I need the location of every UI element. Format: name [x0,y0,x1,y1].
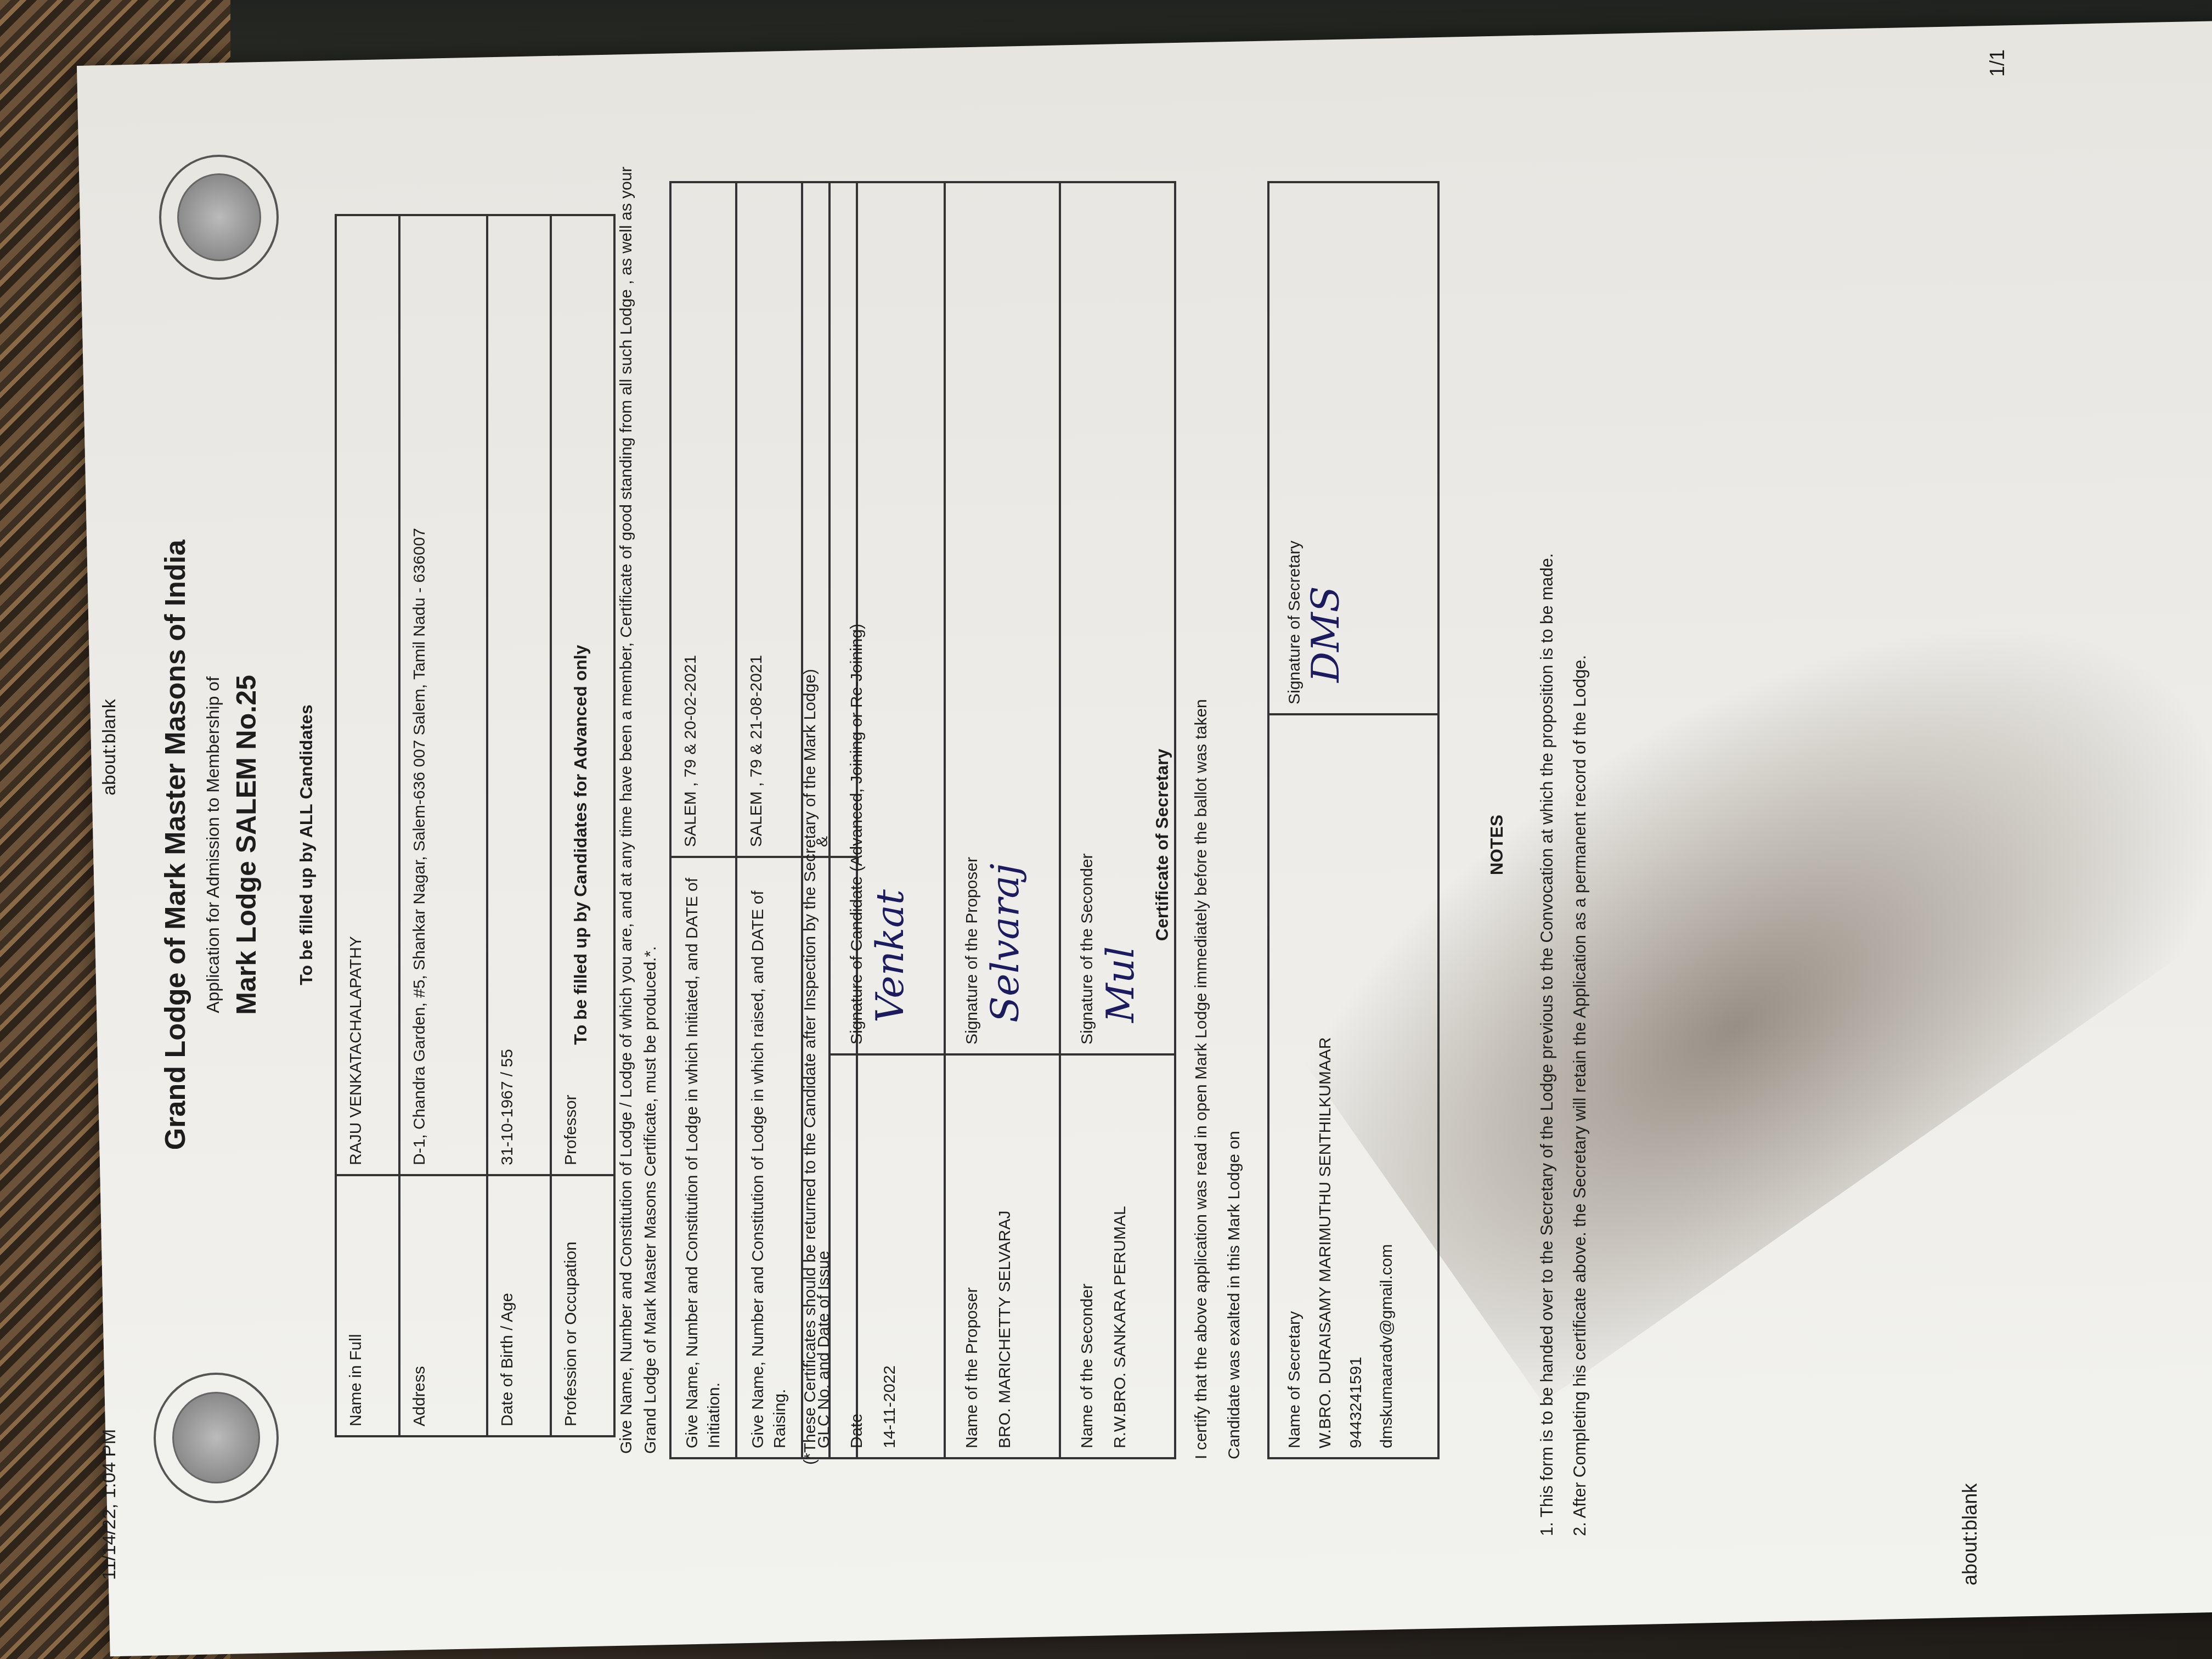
address-field: D-1, Chandra Garden, #5, Shankar Nagar, … [399,215,487,1175]
print-footer-url: about:blank [1959,1483,1982,1585]
signatures-table: Date 14-11-2022 Signature of Candidate (… [828,181,1176,1459]
certificate-text: I certify that the above application was… [1185,181,1251,1459]
field-label: Give Name, Number and Constitution of Lo… [670,857,736,1458]
print-header-url: about:blank [99,699,120,795]
seconder-name: R.W.BRO. SANKARA PERUMAL [1104,1064,1137,1448]
table-row: Name of Secretary W.BRO. DURAISAMY MARIM… [1268,182,1438,1458]
form-title: Grand Lodge of Mark Master Masons of Ind… [159,71,192,1618]
field-label: Signature of the Seconder [1071,192,1104,1045]
field-label: Address [399,1175,487,1436]
field-label: Name of the Seconder [1071,1064,1104,1448]
table-row: Give Name, Number and Constitution of Lo… [670,182,736,1458]
note-item: 1. This form is to be handed over to the… [1531,553,1564,1536]
field-label: Date [840,1064,873,1448]
date-field: 14-11-2022 [873,1064,906,1448]
field-label: Name of Secretary [1279,724,1310,1448]
page-indicator: 1/1 [1986,49,2009,77]
secretary-phone: 9443241591 [1341,724,1372,1448]
form-subtitle: Application for Admission to Membership … [203,71,223,1618]
section-advanced: To be filled up by Candidates for Advanc… [571,71,591,1618]
candidate-signature: Venkat [867,889,912,1023]
certificate-heading: Certificate of Secretary [1152,71,1172,1618]
table-row: Date 14-11-2022 Signature of Candidate (… [830,182,945,1458]
notes-heading: NOTES [1487,71,1507,1618]
field-label: Name of the Proposer [956,1064,989,1448]
field-label: Date of Birth / Age [487,1175,551,1436]
notes-list: 1. This form is to be handed over to the… [1531,553,1596,1536]
dob-field: 31-10-1967 / 55 [487,215,551,1175]
printed-form-page: 11/14/22, 1:04 PM about:blank Grand Lodg… [77,71,2030,1618]
table-row: Name in Full RAJU VENKATACHALAPATHY [336,215,399,1436]
proposer-name: BRO. MARICHETTY SELVARAJ [989,1064,1022,1448]
secretary-table: Name of Secretary W.BRO. DURAISAMY MARIM… [1267,181,1440,1459]
secretary-signature: DMS [1303,586,1348,682]
table-row: Address D-1, Chandra Garden, #5, Shankar… [399,215,487,1436]
certificate-line: Candidate was exalted in this Mark Lodge… [1218,181,1251,1459]
proposer-signature: Selvaraj [983,864,1028,1023]
print-datetime: 11/14/22, 1:04 PM [99,1429,120,1580]
advanced-instructions: Give Name, Number and Constitution of Lo… [614,148,663,1454]
initiation-field: SALEM , 79 & 20-02-2021 [670,182,736,857]
raising-field: SALEM , 79 & 21-08-2021 [736,182,802,857]
field-label: Name in Full [336,1175,399,1436]
table-row: Give Name, Number and Constitution of Lo… [736,182,802,1458]
table-row: Name of the Proposer BRO. MARICHETTY SEL… [945,182,1060,1458]
seconder-signature: Mul [1098,946,1143,1023]
lodge-name: Mark Lodge SALEM No.25 [230,71,262,1618]
note-item: 2. After Completing his certificate abov… [1564,553,1596,1536]
secretary-email: dmskumaaradv@gmail.com [1372,724,1402,1448]
certificate-line: I certify that the above application was… [1185,181,1218,1459]
certificate-return-note: (*These Certificates should be returned … [801,669,820,1465]
table-row: Date of Birth / Age 31-10-1967 / 55 [487,215,551,1436]
secretary-name: W.BRO. DURAISAMY MARIMUTHU SENTHILKUMAAR [1310,724,1341,1448]
section-all-candidates: To be filled up by ALL Candidates [296,71,317,1618]
name-field: RAJU VENKATACHALAPATHY [336,215,399,1175]
field-label: Give Name, Number and Constitution of Lo… [736,857,802,1458]
